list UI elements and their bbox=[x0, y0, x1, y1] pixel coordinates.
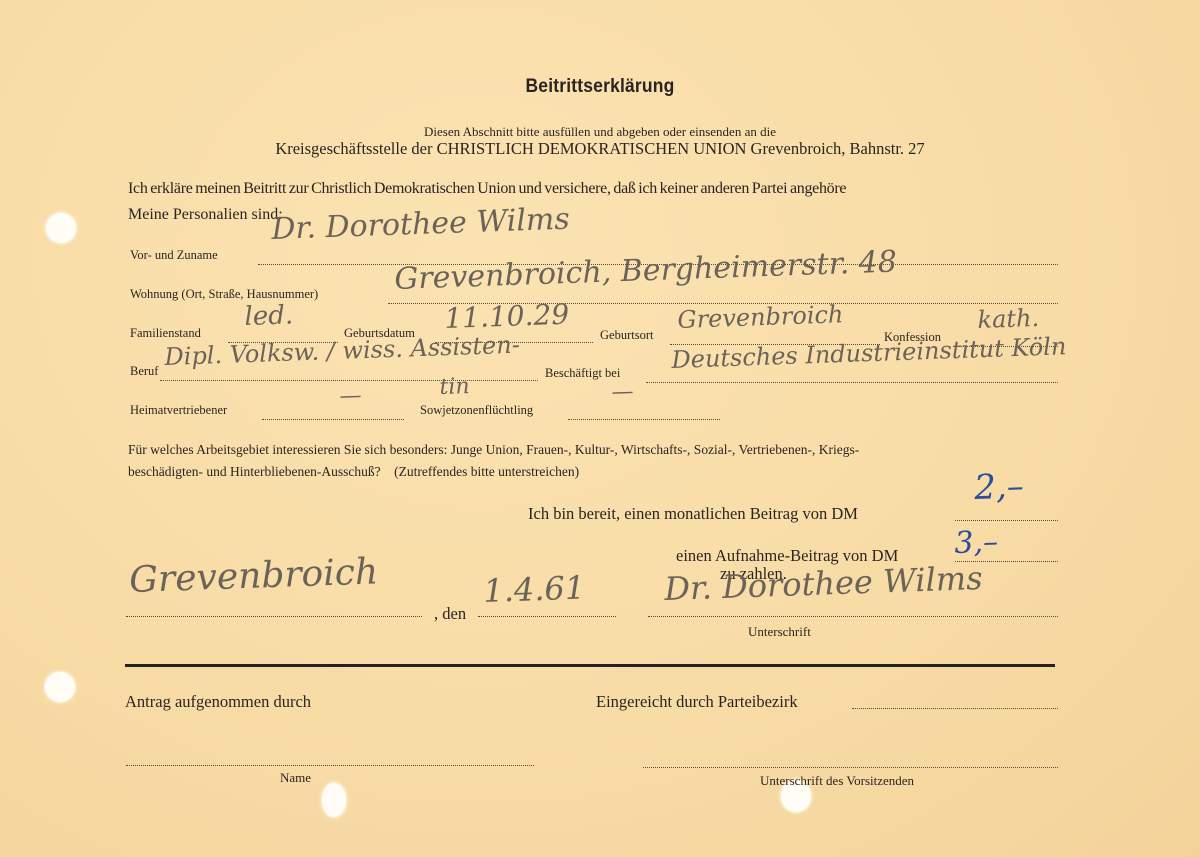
punch-hole bbox=[322, 783, 346, 817]
personal-heading: Meine Personalien sind: bbox=[128, 206, 283, 224]
form-instruction: Diesen Abschnitt bitte ausfüllen und abg… bbox=[0, 124, 1200, 140]
expellee-label: Heimatvertriebener bbox=[130, 403, 227, 418]
refugee-field[interactable]: — bbox=[611, 379, 634, 405]
interest-text-line1: Für welches Arbeitsgebiet interessieren … bbox=[128, 442, 859, 458]
punch-hole bbox=[45, 672, 75, 702]
form-title: Beitrittserklärung bbox=[48, 76, 1152, 98]
admission-fee-field[interactable]: 3,– bbox=[954, 524, 999, 561]
submitted-by-label: Eingereicht durch Parteibezirk bbox=[596, 692, 798, 712]
signature-label: Unterschrift bbox=[748, 624, 811, 640]
employer-label: Beschäftigt bei bbox=[545, 366, 620, 381]
name-signature-field[interactable] bbox=[126, 765, 534, 766]
section-divider bbox=[125, 664, 1055, 667]
birth-place-label: Geburtsort bbox=[600, 328, 653, 343]
refugee-label: Sowjetzonenflüchtling bbox=[420, 403, 533, 418]
signature-field[interactable]: Dr. Dorothee Wilms bbox=[664, 559, 983, 608]
name-label: Vor- und Zuname bbox=[130, 248, 218, 263]
expellee-field[interactable]: — bbox=[339, 383, 362, 409]
place-field[interactable]: Grevenbroich bbox=[129, 551, 379, 601]
chair-signature-field[interactable] bbox=[643, 767, 1058, 768]
profession-field-continued: tin bbox=[439, 374, 470, 400]
marital-status-field[interactable]: led. bbox=[244, 300, 294, 332]
birth-date-field[interactable]: 11.10.29 bbox=[444, 298, 570, 335]
interest-text-line2: beschädigten- und Hinterbliebenen-Aussch… bbox=[128, 464, 579, 480]
monthly-contribution-line bbox=[955, 520, 1058, 521]
name-field[interactable]: Dr. Dorothee Wilms bbox=[271, 202, 570, 247]
birth-place-field[interactable]: Grevenbroich bbox=[677, 300, 844, 334]
den-label: , den bbox=[434, 604, 466, 624]
signature-line bbox=[648, 616, 1058, 617]
name-caption: Name bbox=[280, 770, 311, 786]
monthly-contribution-label: Ich bin bereit, einen monatlichen Beitra… bbox=[528, 504, 858, 524]
office-address: Kreisgeschäftsstelle der CHRISTLICH DEMO… bbox=[0, 139, 1200, 159]
employer-line bbox=[646, 382, 1058, 383]
monthly-contribution-field[interactable]: 2,– bbox=[974, 466, 1025, 508]
date-line bbox=[478, 616, 616, 617]
accepted-by-label: Antrag aufgenommen durch bbox=[125, 692, 311, 712]
refugee-line bbox=[568, 419, 720, 420]
declaration-text: Ich erkläre meinen Beitritt zur Christli… bbox=[128, 180, 846, 198]
profession-label: Beruf bbox=[130, 364, 158, 379]
profession-field[interactable]: Dipl. Volksw. / wiss. Assisten- bbox=[164, 331, 520, 371]
marital-status-label: Familienstand bbox=[130, 326, 201, 341]
punch-hole bbox=[46, 213, 76, 243]
employer-field[interactable]: Deutsches Industrieinstitut Köln bbox=[671, 332, 1067, 374]
place-line bbox=[126, 616, 422, 617]
submitted-by-field[interactable] bbox=[852, 708, 1058, 709]
date-field[interactable]: 1.4.61 bbox=[483, 568, 586, 610]
address-field[interactable]: Grevenbroich, Bergheimerstr. 48 bbox=[394, 244, 898, 297]
confession-field[interactable]: kath. bbox=[977, 304, 1040, 334]
chair-signature-caption: Unterschrift des Vorsitzenden bbox=[760, 773, 914, 789]
profession-line bbox=[160, 380, 538, 381]
expellee-line bbox=[262, 419, 404, 420]
